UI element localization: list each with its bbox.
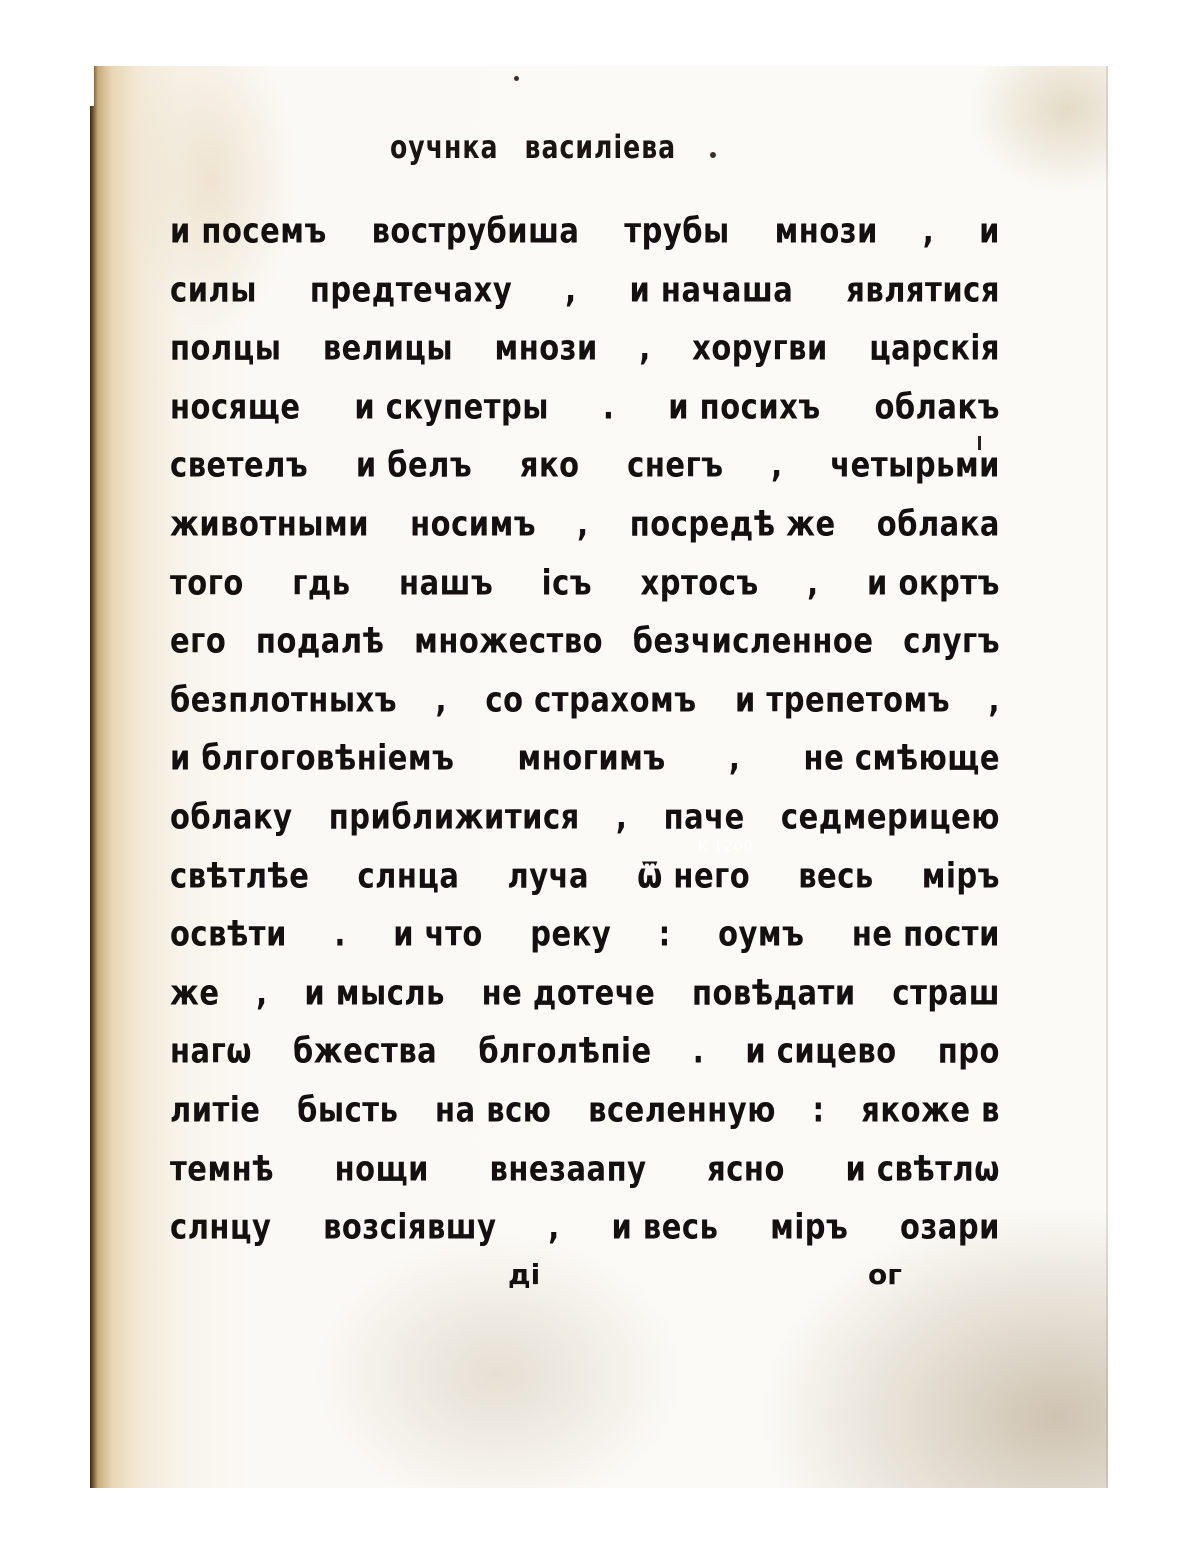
word: и блгоговѣніемъ <box>170 737 454 778</box>
punctuation: , <box>729 737 741 778</box>
word: царскія <box>869 327 1000 368</box>
word: бжества <box>293 1030 437 1071</box>
word: слугъ <box>903 620 1000 661</box>
word: и посихъ <box>668 386 820 427</box>
ink-speck <box>710 152 716 158</box>
word: множество <box>414 620 603 661</box>
running-header-word: василіева <box>525 128 677 166</box>
word: носимъ <box>410 503 536 544</box>
word: и что <box>393 913 483 954</box>
word: яко <box>520 445 580 486</box>
word: снегъ <box>627 445 723 486</box>
body-text: и посемъ вострубиша трубы мнози , и силы… <box>170 216 1000 1271</box>
punctuation: , <box>256 972 268 1013</box>
punctuation: , <box>988 679 1000 720</box>
word: же <box>170 972 220 1013</box>
punctuation: : <box>813 1089 825 1130</box>
word: внезаапу <box>490 1148 647 1189</box>
word: и трепетомъ <box>735 679 950 720</box>
word: освѣти <box>170 913 287 954</box>
word: подалѣ <box>256 620 385 661</box>
punctuation: , <box>565 269 577 310</box>
watermark-fragment: K 1200 <box>698 839 753 855</box>
running-header-word: оучнка <box>390 128 499 166</box>
word: облаку <box>170 796 293 837</box>
word: безплотныхъ <box>170 679 397 720</box>
word: четырьми <box>830 445 1000 486</box>
word: и мысль <box>304 972 445 1013</box>
punctuation: , <box>771 445 783 486</box>
word: ѿ него <box>637 855 750 896</box>
word: темнѣ <box>170 1148 274 1189</box>
word: луча <box>507 855 589 896</box>
punctuation: , <box>435 679 447 720</box>
word: облака <box>877 503 1000 544</box>
word: вселенную <box>588 1089 776 1130</box>
word: многимъ <box>518 737 666 778</box>
word: носяще <box>170 386 301 427</box>
word: и белъ <box>356 445 472 486</box>
word: светелъ <box>170 445 308 486</box>
word: не пости <box>852 913 1000 954</box>
word: мнози <box>495 327 598 368</box>
book-page: оучнка василіева и посемъ вострубиша тру… <box>90 66 1108 1488</box>
word: возсіявшу <box>323 1206 496 1247</box>
punctuation: , <box>548 1206 560 1247</box>
word: со страхомъ <box>485 679 696 720</box>
word: того <box>170 562 244 603</box>
word: и <box>979 210 1000 251</box>
word: ясно <box>707 1148 785 1189</box>
word: бысть <box>297 1089 398 1130</box>
word: про <box>938 1030 1000 1071</box>
word: озари <box>900 1206 1000 1247</box>
word: якоже в <box>861 1089 1000 1130</box>
word: силы <box>170 269 257 310</box>
word: посредѣ же <box>630 503 836 544</box>
word: слнца <box>357 855 459 896</box>
word: приближитися <box>329 796 580 837</box>
word: повѣдати <box>692 972 856 1013</box>
signature-mark: ді <box>508 1258 540 1291</box>
word: вострубиша <box>372 210 580 251</box>
word: хртосъ <box>641 562 759 603</box>
word: нашъ <box>399 562 493 603</box>
word: мнози <box>775 210 878 251</box>
punctuation: , <box>639 327 651 368</box>
word: свѣтлѣе <box>170 855 309 896</box>
punctuation: . <box>693 1030 705 1071</box>
punctuation: , <box>577 503 589 544</box>
word: блголѣпіе <box>478 1030 651 1071</box>
word: міръ <box>770 1206 848 1247</box>
punctuation: . <box>334 913 346 954</box>
word: полцы <box>170 327 281 368</box>
word: его <box>170 620 226 661</box>
word: ісъ <box>542 562 592 603</box>
word: хоругви <box>692 327 828 368</box>
punctuation: , <box>807 562 819 603</box>
word: весь <box>798 855 874 896</box>
word: оумъ <box>718 913 804 954</box>
word: и свѣтлѡ <box>845 1148 1000 1189</box>
word: и начаша <box>630 269 794 310</box>
word: безчисленное <box>633 620 874 661</box>
punctuation: : <box>659 913 671 954</box>
word: предтечаху <box>310 269 512 310</box>
word: велицы <box>323 327 453 368</box>
word: реку <box>530 913 611 954</box>
word: животными <box>170 503 369 544</box>
word: страш <box>892 972 1000 1013</box>
word: литіе <box>170 1089 260 1130</box>
word: нощи <box>335 1148 429 1189</box>
word: трубы <box>624 210 729 251</box>
word: облакъ <box>875 386 1000 427</box>
folio-number: ог <box>868 1258 902 1291</box>
word: нагѡ <box>170 1030 252 1071</box>
word: и сицево <box>745 1030 896 1071</box>
word: не дотече <box>482 972 656 1013</box>
word: слнцу <box>170 1206 271 1247</box>
word: и скупетры <box>354 386 549 427</box>
punctuation: , <box>923 210 935 251</box>
word: являтися <box>846 269 1000 310</box>
word: міръ <box>922 855 1000 896</box>
word: и весь <box>611 1206 718 1247</box>
punctuation: . <box>603 386 615 427</box>
word: и посемъ <box>170 210 327 251</box>
running-header: оучнка василіева <box>390 128 810 166</box>
word: не смѣюще <box>804 737 1000 778</box>
word: седмерицею <box>781 796 1000 837</box>
word: на всю <box>435 1089 551 1130</box>
word: паче <box>664 796 745 837</box>
ink-speck <box>514 76 519 81</box>
word: гдь <box>292 562 350 603</box>
punctuation: , <box>616 796 628 837</box>
word: и окртъ <box>867 562 1000 603</box>
